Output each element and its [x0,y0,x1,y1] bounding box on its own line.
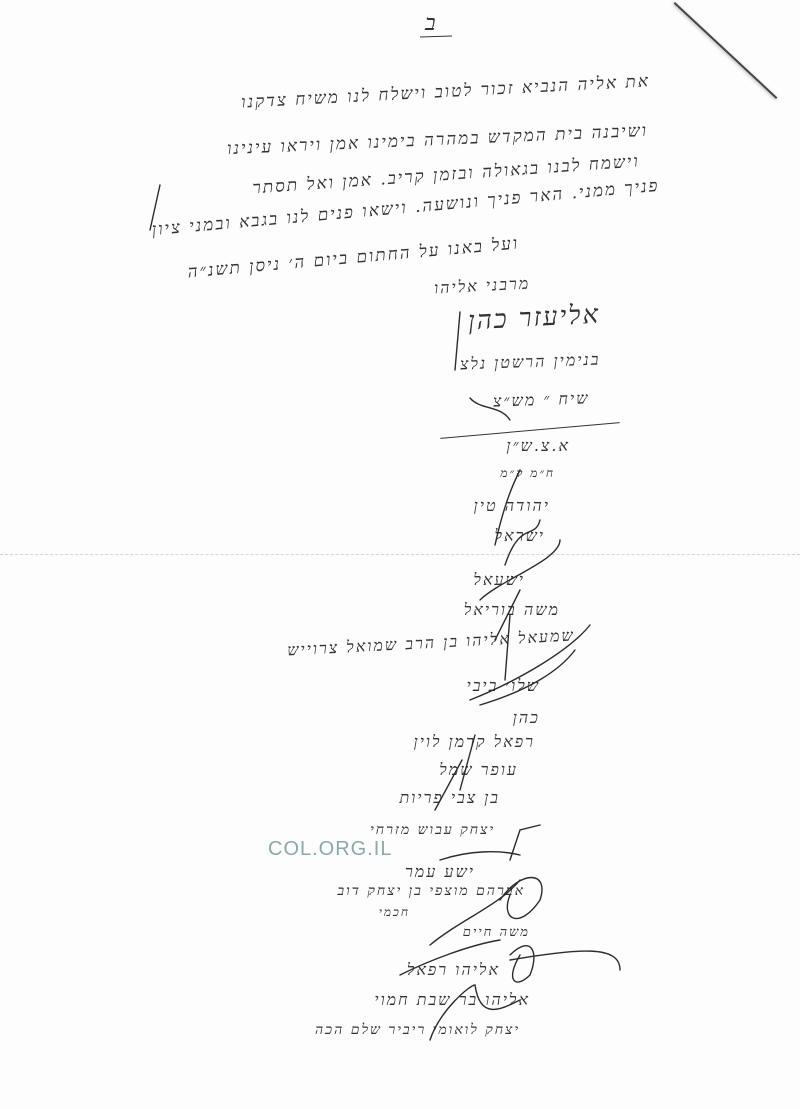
signature-16: בן צבי פריות [399,788,500,808]
watermark-text: COL.ORG.IL [268,838,392,861]
signature-20: חכמי [379,905,410,920]
signature-4: שיח ״ מש״צ [493,388,590,411]
signature-15: עופר שמל [439,760,518,780]
signature-2: אליעזר כהן [467,300,601,337]
letter-line-2: ושיבנה בית המקדש במהרה בימינו אמן ויראו … [227,121,649,159]
signature-1: מרבני אליהו [433,273,530,298]
signature-12: שלו׳ ביבי [467,676,541,696]
signature-14: רפאל קרמן לוין [414,732,535,752]
signature-9: ישעאל [473,570,525,590]
signature-11: שמעאל אליהו בן הרב שמואל צרוייש [287,625,576,660]
signature-22: אליהו רפאל [407,960,500,980]
page-number-marker: ב [425,10,436,36]
signature-10: משה בוריאל [464,600,560,620]
signature-21: משה חיים [463,924,530,940]
signature-17: יצחק עבוש מזרחי [370,822,495,839]
signature-8: ישראל [495,526,545,546]
signature-18: ישע עמר [405,862,475,882]
signature-13: כהן [513,708,540,728]
signature-19: אברהם מוצפי בן יצחק דוב [337,883,525,900]
page-marker-underline [420,35,452,37]
paper-fold-line [0,554,800,555]
letter-line-1: את אליה הנביא זכור לטוב וישלח לנו משיח צ… [241,71,651,112]
page-corner-fold [674,2,778,99]
signature-3: בנימין הרשטן נלצ [459,350,600,375]
letter-line-5: ועל באנו על החתום ביום ה׳ ניסן תשנ״ה [187,234,520,283]
scanned-letter-page: ב את אליה הנביא זכור לטוב וישלח לנו משיח… [0,0,800,1109]
signature-24: יצחק לואומי ריביר שלם הכה [315,1022,520,1039]
signature-7: יהודה טין [474,496,550,516]
signature-5: א.צ.ש״ן [506,436,570,456]
signature-6: ח״מ ק״מ [500,466,555,481]
signature-23: אליהו בר שבת חמוי [374,990,530,1010]
